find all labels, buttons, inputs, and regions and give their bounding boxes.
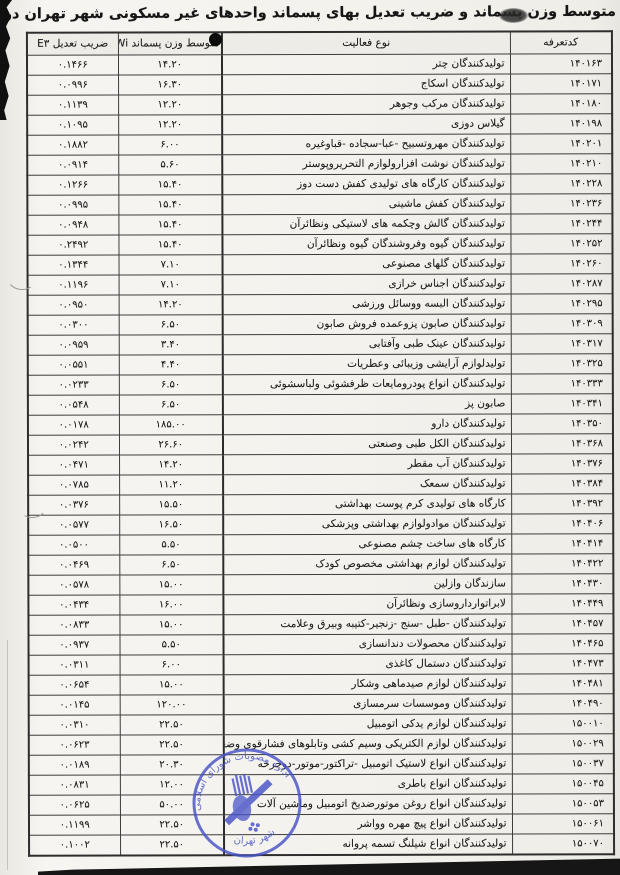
waste-weight-cell: ۲۲.۵۰ <box>120 735 224 755</box>
waste-weight-cell: ۴.۴۰ <box>119 355 223 375</box>
table-row: ۱۴۰۴۱۴کارگاه های ساخت چشم مصنوعی۵.۵۰۰.۰۵… <box>28 534 613 556</box>
activity-name-cell: لابراتوارداروسازی ونظائرآن <box>223 594 511 615</box>
adjustment-coefficient-cell: ۰.۰۸۳۱ <box>29 775 120 795</box>
table-row: ۱۵۰۰۴۵تولیدکنندگان انواع باطری۱۲.۰۰۰.۰۸۳… <box>29 774 614 796</box>
adjustment-coefficient-cell: ۰.۰۸۳۳ <box>28 615 119 635</box>
table-row: ۱۴۰۲۳۶تولیدکنندگان کفش ماشینی۱۵.۴۰۰.۰۹۹۵ <box>27 194 612 216</box>
adjustment-coefficient-cell: ۰.۰۵۰۰ <box>28 535 119 555</box>
adjustment-coefficient-cell: ۰.۰۹۴۸ <box>27 215 118 235</box>
activity-name-cell: کارگاه های ساخت چشم مصنوعی <box>223 534 511 555</box>
waste-weight-cell: ۲۲.۵۰ <box>120 815 224 835</box>
tariff-table-wrap: کدتعرفه نوع فعالیت متوسط وزن پسماند Wi ض… <box>26 30 613 857</box>
tariff-code-cell: ۱۴۰۲۸۷ <box>511 274 613 294</box>
tariff-code-cell: ۱۵۰۰۲۹ <box>512 734 614 754</box>
table-header-row: کدتعرفه نوع فعالیت متوسط وزن پسماند Wi ض… <box>27 31 612 55</box>
tariff-code-cell: ۱۵۰۰۵۳ <box>512 794 614 814</box>
tariff-code-cell: ۱۴۰۴۶۵ <box>511 634 613 654</box>
activity-name-cell: تولیدکنندگان عینک طبی وآفتابی <box>223 334 511 355</box>
activity-name-cell: تولیدکنندگان کارگاه های تولیدی کفش دست د… <box>222 174 510 195</box>
table-row: ۱۴۰۱۶۳تولیدکنندگان چتر۱۴.۲۰۰.۱۴۶۶ <box>27 54 612 76</box>
table-row: ۱۵۰۰۳۷تولیدکنندگان انواع لاستیک اتومبیل … <box>29 754 614 776</box>
activity-name-cell: تولیدکنندگان لوازم بهداشتی مخصوص کودک <box>223 554 511 575</box>
adjustment-coefficient-cell: ۰.۰۲۳۳ <box>28 375 119 395</box>
activity-name-cell: تولیدکنندگان مرکب وجوهر <box>222 94 510 115</box>
table-row: ۱۴۰۲۱۰تولیدکنندگان نوشت افزارولوازم التح… <box>27 154 612 176</box>
header-activity-type: نوع فعالیت <box>222 32 510 55</box>
waste-weight-cell: ۱۴.۲۰ <box>119 455 223 475</box>
tariff-code-cell: ۱۴۰۴۱۴ <box>511 534 613 554</box>
waste-weight-cell: ۱۴.۲۰ <box>118 55 222 75</box>
adjustment-coefficient-cell: ۰.۰۹۹۵ <box>27 195 118 215</box>
tariff-code-cell: ۱۵۰۰۱۰ <box>512 714 614 734</box>
adjustment-coefficient-cell: ۰.۰۱۷۸ <box>28 415 119 435</box>
waste-weight-cell: ۶.۰۰ <box>118 135 222 155</box>
adjustment-coefficient-cell: ۰.۰۵۷۷ <box>28 515 119 535</box>
tariff-code-cell: ۱۴۰۴۴۹ <box>511 594 613 614</box>
table-row: ۱۵۰۰۷۰تولیدکنندگان انواع شیلنگ تسمه پروا… <box>29 834 614 856</box>
table-row: ۱۴۰۱۸۰تولیدکنندگان مرکب وجوهر۱۲.۲۰۰.۱۱۳۹ <box>27 94 612 116</box>
adjustment-coefficient-cell: ۰.۱۲۶۶ <box>27 175 118 195</box>
tariff-code-cell: ۱۴۰۱۸۰ <box>510 94 612 114</box>
tariff-code-cell: ۱۴۰۳۶۸ <box>511 434 613 454</box>
waste-weight-cell: ۲۲.۵۰ <box>120 835 224 856</box>
adjustment-coefficient-cell: ۰.۱۱۹۹ <box>29 815 120 835</box>
table-row: ۱۵۰۰۲۹تولیدکنندگان لوازم الکتریکی وسیم ک… <box>29 734 614 756</box>
table-row: ۱۴۰۳۶۸تولیدکنندگان الکل طبی وصنعتی۲۶.۶۰۰… <box>28 434 613 456</box>
tariff-code-cell: ۱۴۰۴۰۶ <box>511 514 613 534</box>
adjustment-coefficient-cell: ۰.۱۰۰۲ <box>29 835 120 856</box>
adjustment-coefficient-cell: ۰.۰۱۴۵ <box>29 695 120 715</box>
adjustment-coefficient-cell: ۰.۰۳۱۱ <box>29 655 120 675</box>
activity-name-cell: تولیدکنندگان آب مقطر <box>223 454 511 475</box>
activity-name-cell: تولیدکنندگان انواع پودرومایعات ظرفشوئی و… <box>223 374 511 395</box>
tariff-code-cell: ۱۴۰۱۶۳ <box>510 54 612 74</box>
ink-blot-header <box>209 33 222 46</box>
activity-name-cell: تولیدکنندگان البسه ووسائل ورزشی <box>223 294 511 315</box>
table-row: ۱۵۰۰۱۰تولیدکنندگان لوازم یدکی اتومبیل۲۲.… <box>29 714 614 736</box>
tariff-code-cell: ۱۴۰۲۹۵ <box>511 294 613 314</box>
waste-weight-cell: ۶.۵۰ <box>119 315 223 335</box>
table-row: ۱۴۰۴۳۰سازندگان وازلین۱۵.۰۰۰.۰۵۷۸ <box>28 574 613 596</box>
table-row: ۱۴۰۴۷۳تولیدکنندگان دستمال کاغذی۶.۰۰۰.۰۳۱… <box>29 654 614 676</box>
ink-smudge-title <box>499 8 528 23</box>
table-row: ۱۴۰۳۹۲کارگاه های تولیدی کرم پوست بهداشتی… <box>28 494 613 516</box>
waste-weight-cell: ۱۵.۴۰ <box>118 195 222 215</box>
tariff-code-cell: ۱۴۰۴۹۰ <box>512 694 614 714</box>
tariff-code-cell: ۱۴۰۳۳۳ <box>511 374 613 394</box>
adjustment-coefficient-cell: ۰.۱۸۸۲ <box>27 135 118 155</box>
waste-weight-cell: ۵.۵۰ <box>120 635 224 655</box>
activity-name-cell: تولیدکنندگان چتر <box>222 54 510 75</box>
adjustment-coefficient-cell: ۰.۰۴۶۹ <box>28 555 119 575</box>
adjustment-coefficient-cell: ۰.۰۶۵۴ <box>29 675 120 695</box>
activity-name-cell: تولیدکنندگان گالش وچکمه های لاستیکی ونظا… <box>222 214 510 235</box>
adjustment-coefficient-cell: ۰.۱۰۹۵ <box>27 115 118 135</box>
adjustment-coefficient-cell: ۰.۱۱۳۹ <box>27 95 118 115</box>
table-row: ۱۴۰۱۹۸گیلاس دوزی۱۲.۲۰۰.۱۰۹۵ <box>27 114 612 136</box>
paper-edge-line <box>7 640 8 870</box>
adjustment-coefficient-cell: ۰.۰۹۵۰ <box>28 295 119 315</box>
tariff-code-cell: ۱۴۰۲۰۱ <box>510 134 612 154</box>
table-row: ۱۴۰۳۳۳تولیدکنندگان انواع پودرومایعات ظرف… <box>28 374 613 396</box>
tariff-code-cell: ۱۴۰۴۳۰ <box>511 574 613 594</box>
waste-weight-cell: ۱۲.۰۰ <box>120 775 224 795</box>
waste-weight-cell: ۱۶.۵۰ <box>119 515 223 535</box>
tariff-code-cell: ۱۴۰۲۲۸ <box>510 174 612 194</box>
tariff-code-cell: ۱۴۰۳۱۷ <box>511 334 613 354</box>
scan-shadow-bottom <box>38 856 620 875</box>
waste-weight-cell: ۲۰.۳۰ <box>120 755 224 775</box>
activity-name-cell: کارگاه های تولیدی کرم پوست بهداشتی <box>223 494 511 515</box>
waste-weight-cell: ۲۲.۵۰ <box>120 715 224 735</box>
activity-name-cell: تولیدکنندگان لوازم صیدماهی وشکار <box>224 674 512 695</box>
activity-name-cell: تولیدکنندگان انواع روغن موتورضدیخ اتومبی… <box>224 794 512 815</box>
table-row: ۱۴۰۳۷۶تولیدکنندگان آب مقطر۱۴.۲۰۰.۰۴۷۱ <box>28 454 613 476</box>
tariff-code-cell: ۱۴۰۲۶۰ <box>511 254 613 274</box>
table-row: ۱۴۰۴۰۶تولیدکنندگان موادولوازم بهداشتی وپ… <box>28 514 613 536</box>
tariff-code-cell: ۱۴۰۱۷۱ <box>510 74 612 94</box>
tariff-code-cell: ۱۴۰۴۸۱ <box>512 674 614 694</box>
table-row: ۱۴۰۳۰۹تولیدکنندگان صابون پزوعمده فروش صا… <box>28 314 613 336</box>
tariff-code-cell: ۱۴۰۲۴۴ <box>510 214 612 234</box>
activity-name-cell: تولیدکنندگان مهروتسبیح -عبا-سجاده -قباوغ… <box>222 134 510 155</box>
adjustment-coefficient-cell: ۰.۰۲۴۲ <box>28 435 119 455</box>
activity-name-cell: تولیدکنندگان لوازم یدکی اتومبیل <box>224 714 512 735</box>
waste-weight-cell: ۱۶.۳۰ <box>118 75 222 95</box>
activity-name-cell: صابون پز <box>223 394 511 415</box>
waste-weight-cell: ۱۵.۴۰ <box>118 235 222 255</box>
activity-name-cell: تولیدکنندگان انواع شیلنگ تسمه پروانه <box>224 834 512 855</box>
tariff-code-cell: ۱۴۰۲۱۰ <box>510 154 612 174</box>
tariff-code-cell: ۱۴۰۲۵۲ <box>510 234 612 254</box>
table-row: ۱۴۰۱۷۱تولیدکنندگان اسکاج۱۶.۳۰۰.۰۹۹۶ <box>27 74 612 96</box>
adjustment-coefficient-cell: ۰.۰۳۰۰ <box>28 315 119 335</box>
adjustment-coefficient-cell: ۰.۱۱۹۶ <box>28 275 119 295</box>
table-row: ۱۴۰۴۵۷تولیدکنندگان -طبل -سنج -زنجیر-کتیب… <box>28 614 613 636</box>
waste-weight-cell: ۷.۱۰ <box>119 255 223 275</box>
waste-weight-cell: ۱۶.۰۰ <box>119 595 223 615</box>
waste-weight-cell: ۶.۵۰ <box>119 555 223 575</box>
waste-weight-cell: ۲۶.۶۰ <box>119 435 223 455</box>
activity-name-cell: تولیدکنندگان لوازم الکتریکی وسیم کشی وتا… <box>224 734 512 755</box>
tariff-table: کدتعرفه نوع فعالیت متوسط وزن پسماند Wi ض… <box>26 30 615 857</box>
activity-name-cell: تولیدکنندگان انواع باطری <box>224 774 512 795</box>
activity-name-cell: تولیدکنندگان کفش ماشینی <box>222 194 510 215</box>
waste-weight-cell: ۱۵.۴۰ <box>118 215 222 235</box>
scanned-document-page: { "title": "متوسط وزن پسماند و ضریب تعدی… <box>0 0 620 875</box>
tariff-code-cell: ۱۴۰۴۷۳ <box>512 654 614 674</box>
scan-edge-artifact-top-left <box>0 0 12 120</box>
waste-weight-cell: ۱۸۵.۰۰ <box>119 415 223 435</box>
adjustment-coefficient-cell: ۰.۱۴۶۶ <box>27 55 118 75</box>
waste-weight-cell: ۶.۵۰ <box>119 375 223 395</box>
adjustment-coefficient-cell: ۰.۰۹۱۴ <box>27 155 118 175</box>
tariff-code-cell: ۱۴۰۳۸۴ <box>511 474 613 494</box>
waste-weight-cell: ۱۲.۲۰ <box>118 95 222 115</box>
table-row: ۱۴۰۳۵۰تولیدکنندگان دارو۱۸۵.۰۰۰.۰۱۷۸ <box>28 414 613 436</box>
table-row: ۱۴۰۴۹۰تولیدکنندگان وموسسات سرمسازی۱۲۰.۰۰… <box>29 694 614 716</box>
waste-weight-cell: ۷.۱۰ <box>119 275 223 295</box>
adjustment-coefficient-cell: ۰.۰۵۴۸ <box>28 395 119 415</box>
waste-weight-cell: ۱۵.۰۰ <box>119 615 223 635</box>
table-row: ۱۴۰۳۲۵تولیدلوازم آرایشی وزیبائی وعطریات۴… <box>28 354 613 376</box>
table-row: ۱۵۰۰۵۳تولیدکنندگان انواع روغن موتورضدیخ … <box>29 794 614 816</box>
adjustment-coefficient-cell: ۰.۲۴۹۲ <box>27 235 118 255</box>
activity-name-cell: سازندگان وازلین <box>223 574 511 595</box>
table-row: ۱۴۰۴۸۱تولیدکنندگان لوازم صیدماهی وشکار۱۵… <box>29 674 614 696</box>
header-tariff-code: کدتعرفه <box>510 31 612 54</box>
table-row: ۱۴۰۳۴۱صابون پز۶.۵۰۰.۰۵۴۸ <box>28 394 613 416</box>
tariff-code-cell: ۱۴۰۳۵۰ <box>511 414 613 434</box>
adjustment-coefficient-cell: ۰.۰۱۸۹ <box>29 755 120 775</box>
adjustment-coefficient-cell: ۰.۱۳۴۴ <box>28 255 119 275</box>
activity-name-cell: تولیدکنندگان موادولوازم بهداشتی وپزشکی <box>223 514 511 535</box>
table-row: ۱۴۰۲۵۲تولیدکنندگان گیوه وفروشندگان گیوه … <box>27 234 612 256</box>
activity-name-cell: تولیدکنندگان گیوه وفروشندگان گیوه ونظائر… <box>222 234 510 255</box>
adjustment-coefficient-cell: ۰.۰۴۳۴ <box>28 595 119 615</box>
activity-name-cell: گیلاس دوزی <box>222 114 510 135</box>
table-row: ۱۵۰۰۶۱تولیدکنندگان انواع پیچ مهره وواشر۲… <box>29 814 614 836</box>
table-row: ۱۴۰۳۱۷تولیدکنندگان عینک طبی وآفتابی۳.۴۰۰… <box>28 334 613 356</box>
table-row: ۱۴۰۳۸۴تولیدکنندگان سمعک۱۱.۲۰۰.۰۷۸۵ <box>28 474 613 496</box>
table-row: ۱۴۰۲۸۷تولیدکنندگان اجناس خرازی۷.۱۰۰.۱۱۹۶ <box>28 274 613 296</box>
waste-weight-cell: ۱۵.۵۰ <box>119 495 223 515</box>
table-row: ۱۴۰۲۰۱تولیدکنندگان مهروتسبیح -عبا-سجاده … <box>27 134 612 156</box>
table-body: ۱۴۰۱۶۳تولیدکنندگان چتر۱۴.۲۰۰.۱۴۶۶۱۴۰۱۷۱ت… <box>27 54 614 856</box>
waste-weight-cell: ۳.۴۰ <box>119 335 223 355</box>
tariff-code-cell: ۱۴۰۲۳۶ <box>510 194 612 214</box>
activity-name-cell: تولیدکنندگان سمعک <box>223 474 511 495</box>
activity-name-cell: تولیدلوازم آرایشی وزیبائی وعطریات <box>223 354 511 375</box>
activity-name-cell: تولیدکنندگان گلهای مصنوعی <box>223 254 511 275</box>
waste-weight-cell: ۵.۶۰ <box>118 155 222 175</box>
page-title: متوسط وزن پسماند و ضریب تعدیل بهای پسمان… <box>46 4 616 22</box>
table-row: ۱۴۰۴۴۹لابراتوارداروسازی ونظائرآن۱۶.۰۰۰.۰… <box>28 594 613 616</box>
table-row: ۱۴۰۴۲۲تولیدکنندگان لوازم بهداشتی مخصوص ک… <box>28 554 613 576</box>
tariff-code-cell: ۱۴۰۴۵۷ <box>511 614 613 634</box>
adjustment-coefficient-cell: ۰.۰۹۹۶ <box>27 75 118 95</box>
waste-weight-cell: ۱۲۰.۰۰ <box>120 695 224 715</box>
activity-name-cell: تولیدکنندگان اسکاج <box>222 74 510 95</box>
tariff-code-cell: ۱۴۰۳۲۵ <box>511 354 613 374</box>
tariff-code-cell: ۱۵۰۰۴۵ <box>512 774 614 794</box>
waste-weight-cell: ۱۱.۲۰ <box>119 475 223 495</box>
activity-name-cell: تولیدکنندگان انواع پیچ مهره وواشر <box>224 814 512 835</box>
adjustment-coefficient-cell: ۰.۰۶۲۳ <box>29 735 120 755</box>
header-avg-waste-weight: متوسط وزن پسماند Wi <box>118 32 222 55</box>
tariff-code-cell: ۱۴۰۳۷۶ <box>511 454 613 474</box>
table-row: ۱۴۰۴۶۵تولیدکنندگان محصولات دندانسازی۵.۵۰… <box>29 634 614 656</box>
adjustment-coefficient-cell: ۰.۰۷۸۵ <box>28 475 119 495</box>
activity-name-cell: تولیدکنندگان دارو <box>223 414 511 435</box>
activity-name-cell: تولیدکنندگان وموسسات سرمسازی <box>224 694 512 715</box>
adjustment-coefficient-cell: ۰.۰۴۷۱ <box>28 455 119 475</box>
activity-name-cell: تولیدکنندگان نوشت افزارولوازم التحریروپو… <box>222 154 510 175</box>
activity-name-cell: تولیدکنندگان انواع لاستیک اتومبیل -تراکت… <box>224 754 512 775</box>
activity-name-cell: تولیدکنندگان اجناس خرازی <box>223 274 511 295</box>
adjustment-coefficient-cell: ۰.۰۹۳۷ <box>29 635 120 655</box>
activity-name-cell: تولیدکنندگان الکل طبی وصنعتی <box>223 434 511 455</box>
waste-weight-cell: ۱۵.۰۰ <box>119 575 223 595</box>
activity-name-cell: تولیدکنندگان صابون پزوعمده فروش صابون <box>223 314 511 335</box>
table-row: ۱۴۰۲۴۴تولیدکنندگان گالش وچکمه های لاستیک… <box>27 214 612 236</box>
adjustment-coefficient-cell: ۰.۰۶۲۵ <box>29 795 120 815</box>
header-adjustment-coefficient: ضریب تعدیل E۳ <box>27 33 118 56</box>
adjustment-coefficient-cell: ۰.۰۵۷۸ <box>28 575 119 595</box>
waste-weight-cell: ۱۴.۲۰ <box>119 295 223 315</box>
table-row: ۱۴۰۲۲۸تولیدکنندگان کارگاه های تولیدی کفش… <box>27 174 612 196</box>
adjustment-coefficient-cell: ۰.۰۹۵۹ <box>28 335 119 355</box>
tariff-code-cell: ۱۴۰۳۴۱ <box>511 394 613 414</box>
adjustment-coefficient-cell: ۰.۰۳۱۰ <box>29 715 120 735</box>
activity-name-cell: تولیدکنندگان دستمال کاغذی <box>224 654 512 675</box>
tariff-code-cell: ۱۵۰۰۳۷ <box>512 754 614 774</box>
activity-name-cell: تولیدکنندگان -طبل -سنج -زنجیر-کتیبه وبیر… <box>223 614 511 635</box>
tariff-code-cell: ۱۴۰۳۹۲ <box>511 494 613 514</box>
waste-weight-cell: ۶.۵۰ <box>119 395 223 415</box>
tariff-code-cell: ۱۵۰۰۷۰ <box>512 834 614 855</box>
waste-weight-cell: ۱۲.۲۰ <box>118 115 222 135</box>
waste-weight-cell: ۱۵.۴۰ <box>118 175 222 195</box>
tariff-code-cell: ۱۵۰۰۶۱ <box>512 814 614 834</box>
activity-name-cell: تولیدکنندگان محصولات دندانسازی <box>224 634 512 655</box>
tariff-code-cell: ۱۴۰۴۲۲ <box>511 554 613 574</box>
waste-weight-cell: ۶.۰۰ <box>120 655 224 675</box>
tariff-code-cell: ۱۴۰۱۹۸ <box>510 114 612 134</box>
table-row: ۱۴۰۲۶۰تولیدکنندگان گلهای مصنوعی۷.۱۰۰.۱۳۴… <box>28 254 613 276</box>
waste-weight-cell: ۵۰.۰۰ <box>120 795 224 815</box>
adjustment-coefficient-cell: ۰.۰۵۵۱ <box>28 355 119 375</box>
tariff-code-cell: ۱۴۰۳۰۹ <box>511 314 613 334</box>
waste-weight-cell: ۵.۵۰ <box>119 535 223 555</box>
waste-weight-cell: ۱۵.۰۰ <box>120 675 224 695</box>
table-row: ۱۴۰۲۹۵تولیدکنندگان البسه ووسائل ورزشی۱۴.… <box>28 294 613 316</box>
